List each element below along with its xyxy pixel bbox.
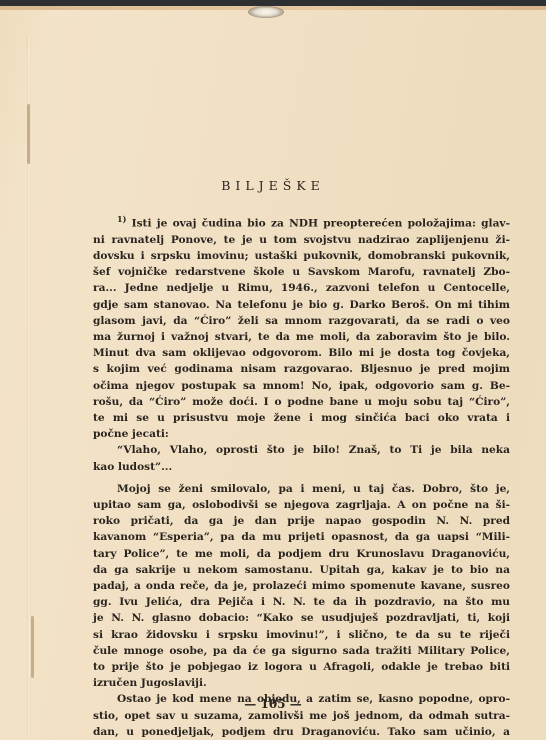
text-line: počne jecati: (93, 426, 510, 442)
text-line: “Vlaho, Vlaho, oprosti što je bilo! Znaš… (93, 442, 510, 458)
page-tear (248, 6, 284, 18)
text-line: očima njegov postupak sa mnom! No, ipak,… (93, 378, 510, 394)
text-line: dan, u ponedjeljak, podjem dru Draganovi… (93, 724, 510, 740)
text-line: upitao sam ga, oslobodivši se njegova za… (93, 497, 510, 513)
footnote-body: 1) Isti je ovaj čudina bio za NDH preopt… (93, 211, 510, 740)
text-line: si krao židovsku i srpsku imovinu!”, i s… (93, 627, 510, 643)
text-line: gdje sam stanovao. Na telefonu je bio g.… (93, 297, 510, 313)
text-line: gg. Ivu Jelića, dra Pejiča i N. N. te da… (93, 594, 510, 610)
text-line: ni ravnatelj Ponove, te je u tom svojstv… (93, 232, 510, 248)
text-line: kao ludost”... (93, 459, 510, 475)
book-page: BILJEŠKE 1) Isti je ovaj čudina bio za N… (0, 6, 546, 740)
text-line: roko pričati, da ga je dan prije napao g… (93, 513, 510, 529)
text-line: šef vojničke redarstvene škole u Savskom… (93, 264, 510, 280)
text-line: to prije što je pobjegao iz logora u Afr… (93, 659, 510, 675)
text-line: rošu, da “Ćiro” može doći. I o podne ban… (93, 394, 510, 410)
text-line: izručen Jugoslaviji. (93, 675, 510, 691)
section-heading: BILJEŠKE (0, 178, 546, 193)
staple-hole (27, 104, 30, 164)
text-line: s kojim već godinama nisam razgovarao. B… (93, 361, 510, 377)
staple-hole (31, 616, 34, 678)
text-line: kavanom “Esperia”, pa da mu prijeti opas… (93, 529, 510, 545)
page-number: — 105 — (0, 697, 546, 711)
text-line: glasom javi, da “Ćiro” želi sa mnom razg… (93, 313, 510, 329)
text-line: ma žurnoj i važnoj stvari, te da me moli… (93, 329, 510, 345)
text-line: te mi se u prisustvu moje žene i mog sin… (93, 410, 510, 426)
text-line: Mojoj se ženi smilovalo, pa i meni, u ta… (93, 481, 510, 497)
text-line: padaj, a onda reče, da je, prolazeći mim… (93, 578, 510, 594)
text-line: Minut dva sam oklijevao odgovorom. Bilo … (93, 345, 510, 361)
text-line: čule mnoge osobe, pa da će ga sigurno sa… (93, 643, 510, 659)
text-line: ra... Jedne nedjelje u Rimu, 1946., zazv… (93, 280, 510, 296)
text-line: 1) Isti je ovaj čudina bio za NDH preopt… (93, 211, 510, 232)
footnote-marker: 1) (117, 214, 126, 224)
text-line: tary Police”, te me moli, da podjem dru … (93, 546, 510, 562)
text-line: je N. N. glasno dobacio: “Kako se usudju… (93, 610, 510, 626)
text-line: dovsku i srpsku imovinu; ustaški pukovni… (93, 248, 510, 264)
text-line: da ga sakrije u nekom samostanu. Upitah … (93, 562, 510, 578)
